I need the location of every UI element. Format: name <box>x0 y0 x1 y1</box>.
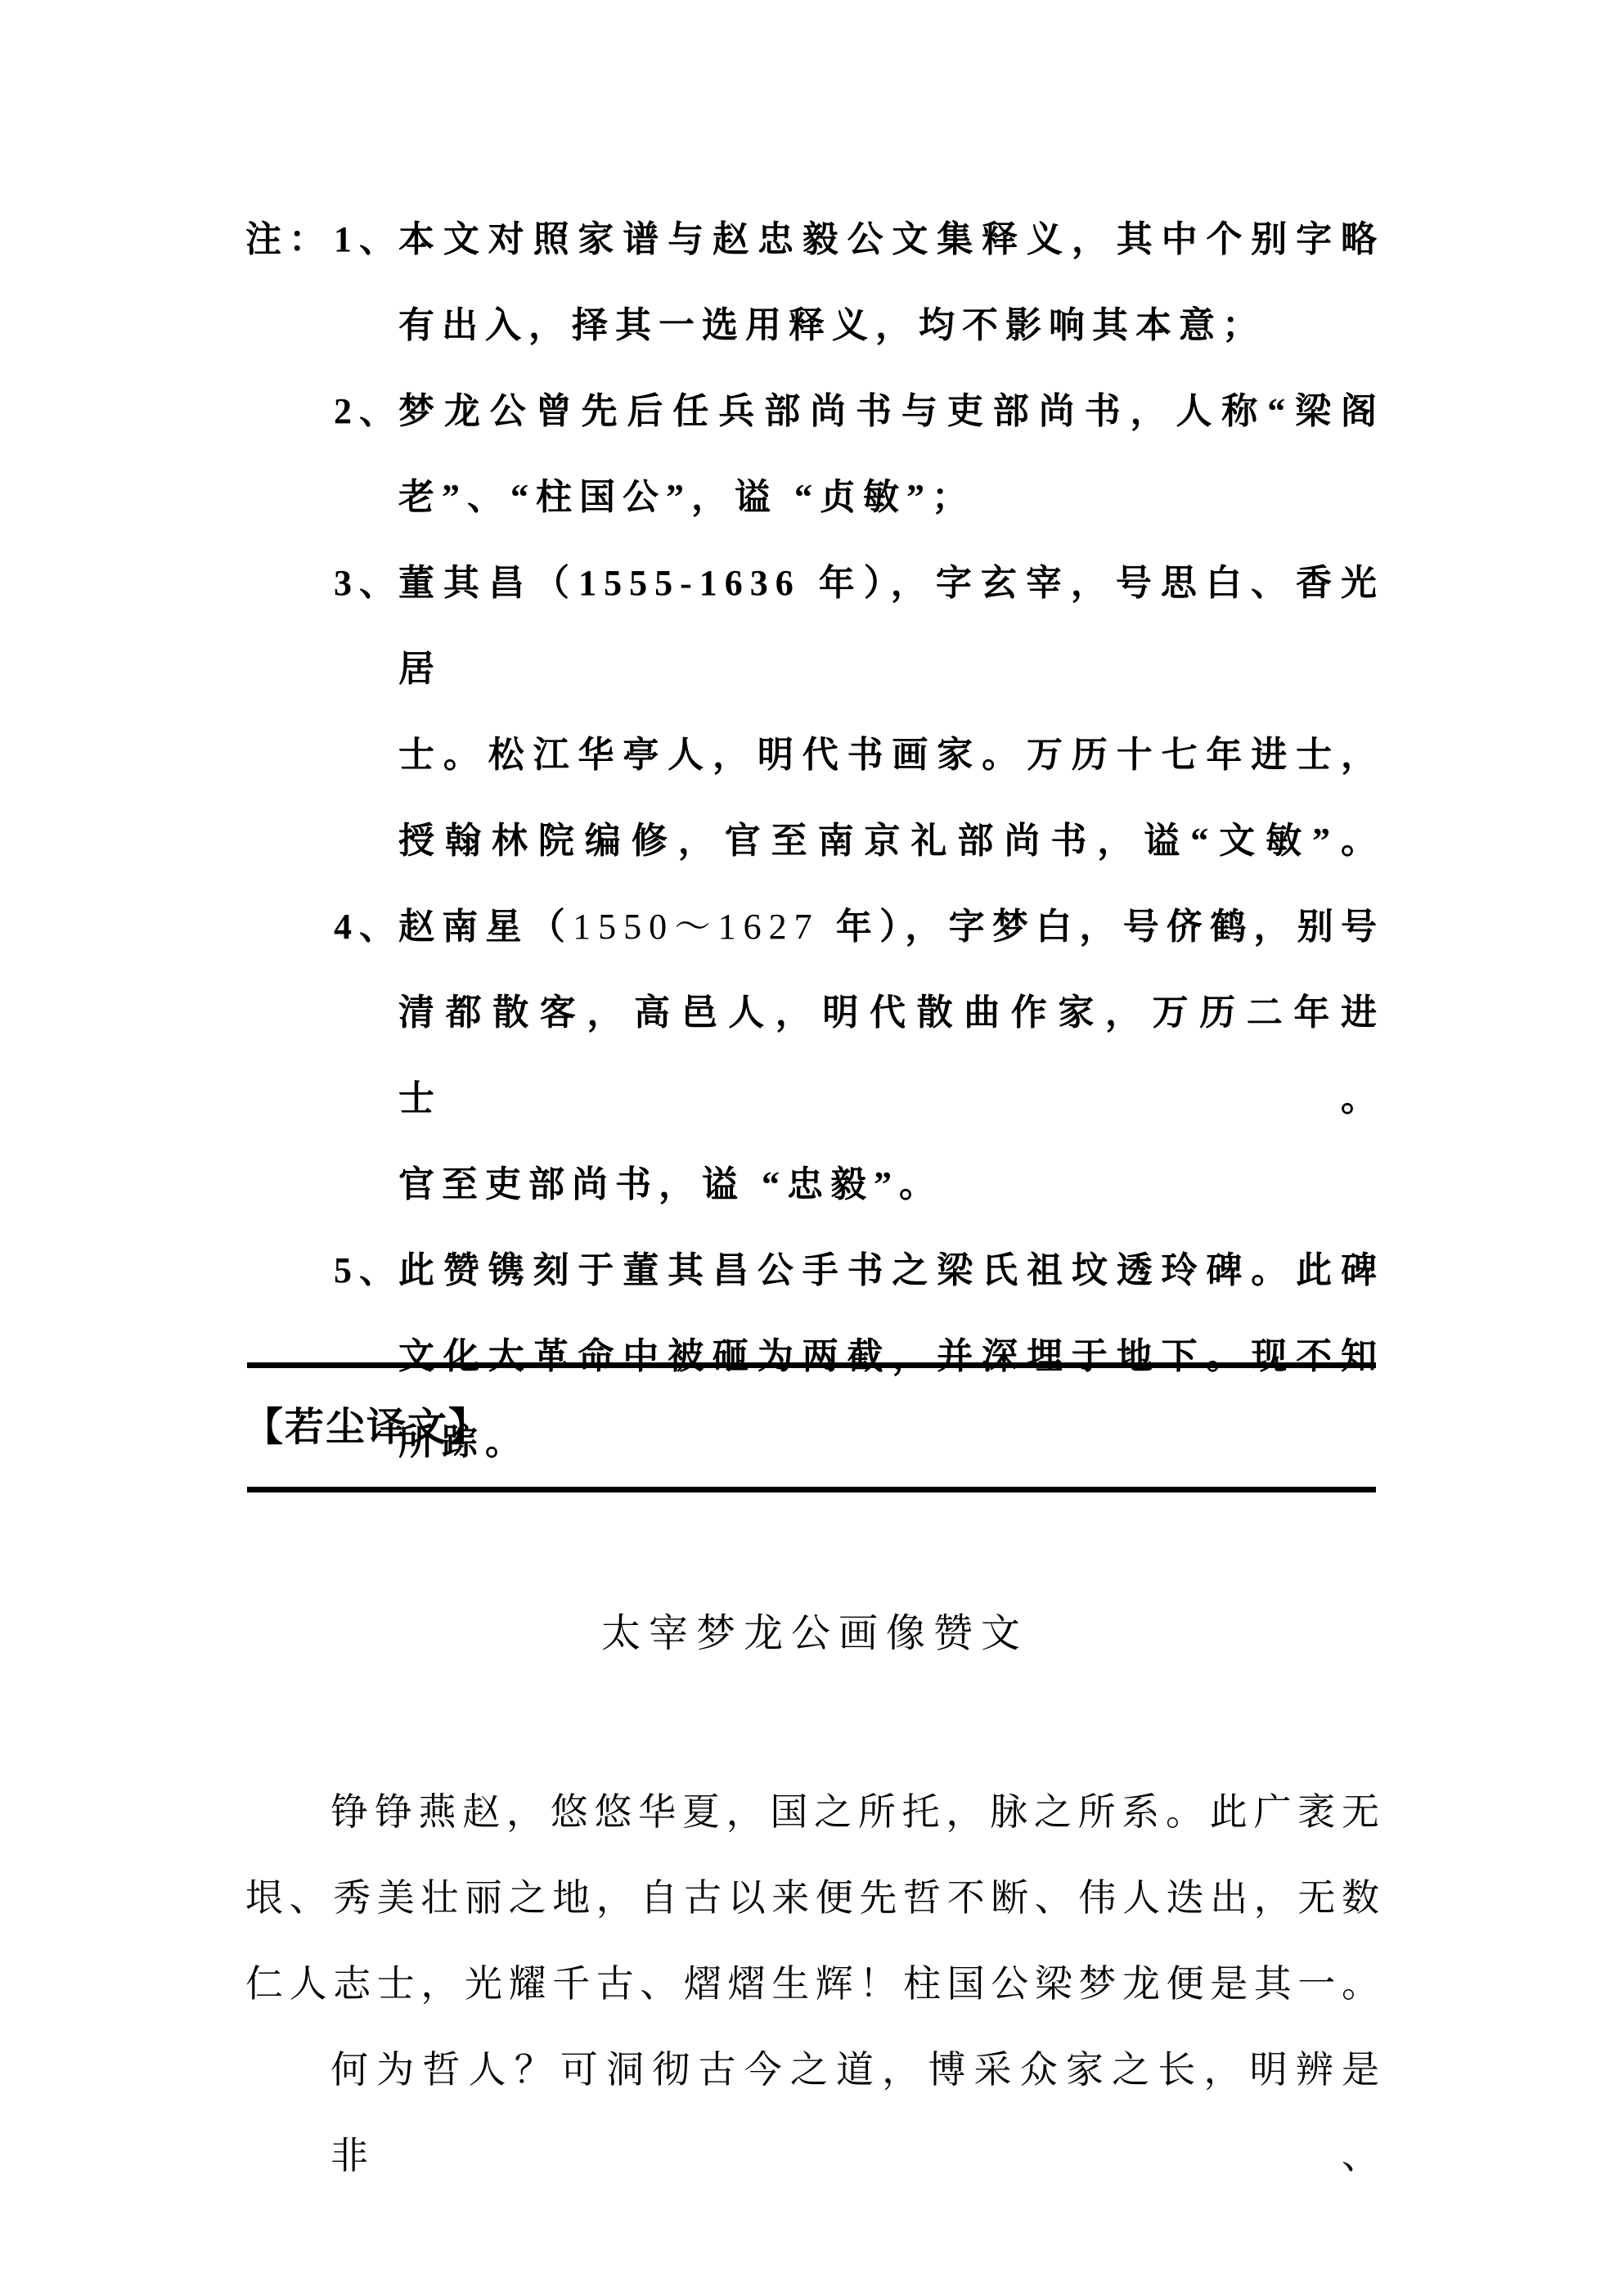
note-number <box>334 454 398 540</box>
note-number: 3、 <box>334 540 398 712</box>
notes-label <box>245 712 334 798</box>
note-line: 有出入，择其一选用释义，均不影响其本意； <box>245 282 1384 368</box>
note-text-line: 梦龙公曾先后任兵部尚书与吏部尚书，人称“梁阁 <box>398 368 1384 454</box>
note-line: 3、董其昌（1555-1636 年），字玄宰，号思白、香光居 <box>245 540 1384 712</box>
translation-title: 太宰梦龙公画像赞文 <box>245 1605 1384 1663</box>
notes-label <box>245 884 334 970</box>
note-number <box>334 970 398 1141</box>
notes-label <box>245 454 334 540</box>
note-text-line: 士。松江华亭人，明代书画家。万历十七年进士， <box>398 712 1384 798</box>
notes-label <box>245 282 334 368</box>
note-text-line: 文化大革命中被砸为两截，并深埋于地下。现不知 <box>398 1313 1384 1399</box>
note-number <box>334 1313 398 1399</box>
note-line: 清都散客，高邑人，明代散曲作家，万历二年进士。 <box>245 970 1384 1141</box>
note-text-line: 清都散客，高邑人，明代散曲作家，万历二年进士。 <box>398 970 1384 1141</box>
divider-line-bottom <box>247 1487 1376 1492</box>
notes-label <box>245 540 334 712</box>
notes-label <box>245 1227 334 1313</box>
note-number <box>334 1141 398 1227</box>
note-number <box>334 712 398 798</box>
note-text-line: 官至吏部尚书，谥 “忠毅”。 <box>398 1141 1384 1227</box>
text-segment: 1550～1627 <box>573 907 820 947</box>
notes-label: 注： <box>245 196 334 282</box>
body-text-line: 何为哲人？可洞彻古今之道，博采众家之长，明辨是非、 <box>245 2027 1384 2199</box>
body-text-line: 仁人志士，光耀千古、熠熠生辉！柱国公梁梦龙便是其一。 <box>245 1941 1384 2027</box>
note-line: 注：1、本文对照家谱与赵忠毅公文集释义，其中个别字略 <box>245 196 1384 282</box>
notes-section: 注：1、本文对照家谱与赵忠毅公文集释义，其中个别字略有出入，择其一选用释义，均不… <box>245 196 1384 1485</box>
note-number: 5、 <box>334 1227 398 1313</box>
divider-line-top <box>247 1362 1376 1368</box>
note-text-line: 授翰林院编修，官至南京礼部尚书，谥“文敏”。 <box>398 798 1384 884</box>
note-text-line: 此赞镌刻于董其昌公手书之梁氏祖坟透玲碑。此碑 <box>398 1227 1384 1313</box>
notes-label <box>245 798 334 884</box>
note-text-line: 赵南星（1550～1627 年），字梦白，号侪鹤，别号 <box>398 884 1384 970</box>
note-line: 老”、“柱国公”，谥 “贞敏”； <box>245 454 1384 540</box>
notes-label <box>245 970 334 1141</box>
note-line: 2、梦龙公曾先后任兵部尚书与吏部尚书，人称“梁阁 <box>245 368 1384 454</box>
note-text-line: 所踪。 <box>398 1399 1384 1485</box>
notes-label <box>245 368 334 454</box>
note-number: 2、 <box>334 368 398 454</box>
note-number <box>334 798 398 884</box>
note-number: 4、 <box>334 884 398 970</box>
note-text-line: 本文对照家谱与赵忠毅公文集释义，其中个别字略 <box>398 196 1384 282</box>
note-text-line: 董其昌（1555-1636 年），字玄宰，号思白、香光居 <box>398 540 1384 712</box>
text-segment: 年），字梦白，号侪鹤，别号 <box>820 907 1384 947</box>
document-page: 注：1、本文对照家谱与赵忠毅公文集释义，其中个别字略有出入，择其一选用释义，均不… <box>0 0 1623 2296</box>
text-segment: 赵南星（ <box>398 907 573 947</box>
note-text-line: 老”、“柱国公”，谥 “贞敏”； <box>398 454 1384 540</box>
note-line: 士。松江华亭人，明代书画家。万历十七年进士， <box>245 712 1384 798</box>
note-number: 1、 <box>334 196 398 282</box>
note-line: 官至吏部尚书，谥 “忠毅”。 <box>245 1141 1384 1227</box>
notes-label <box>245 1313 334 1399</box>
note-line: 文化大革命中被砸为两截，并深埋于地下。现不知 <box>245 1313 1384 1399</box>
translation-body: 铮铮燕赵，悠悠华夏，国之所托，脉之所系。此广袤无垠、秀美壮丽之地，自古以来便先哲… <box>245 1769 1384 2199</box>
note-line: 5、此赞镌刻于董其昌公手书之梁氏祖坟透玲碑。此碑 <box>245 1227 1384 1313</box>
note-text-line: 有出入，择其一选用释义，均不影响其本意； <box>398 282 1384 368</box>
body-text-line: 铮铮燕赵，悠悠华夏，国之所托，脉之所系。此广袤无 <box>245 1769 1384 1855</box>
notes-label <box>245 1141 334 1227</box>
note-number <box>334 282 398 368</box>
note-line: 授翰林院编修，官至南京礼部尚书，谥“文敏”。 <box>245 798 1384 884</box>
body-text-line: 垠、秀美壮丽之地，自古以来便先哲不断、伟人迭出，无数 <box>245 1855 1384 1941</box>
translator-section-header: 【若尘译文】 <box>244 1395 489 1461</box>
note-line: 4、赵南星（1550～1627 年），字梦白，号侪鹤，别号 <box>245 884 1384 970</box>
